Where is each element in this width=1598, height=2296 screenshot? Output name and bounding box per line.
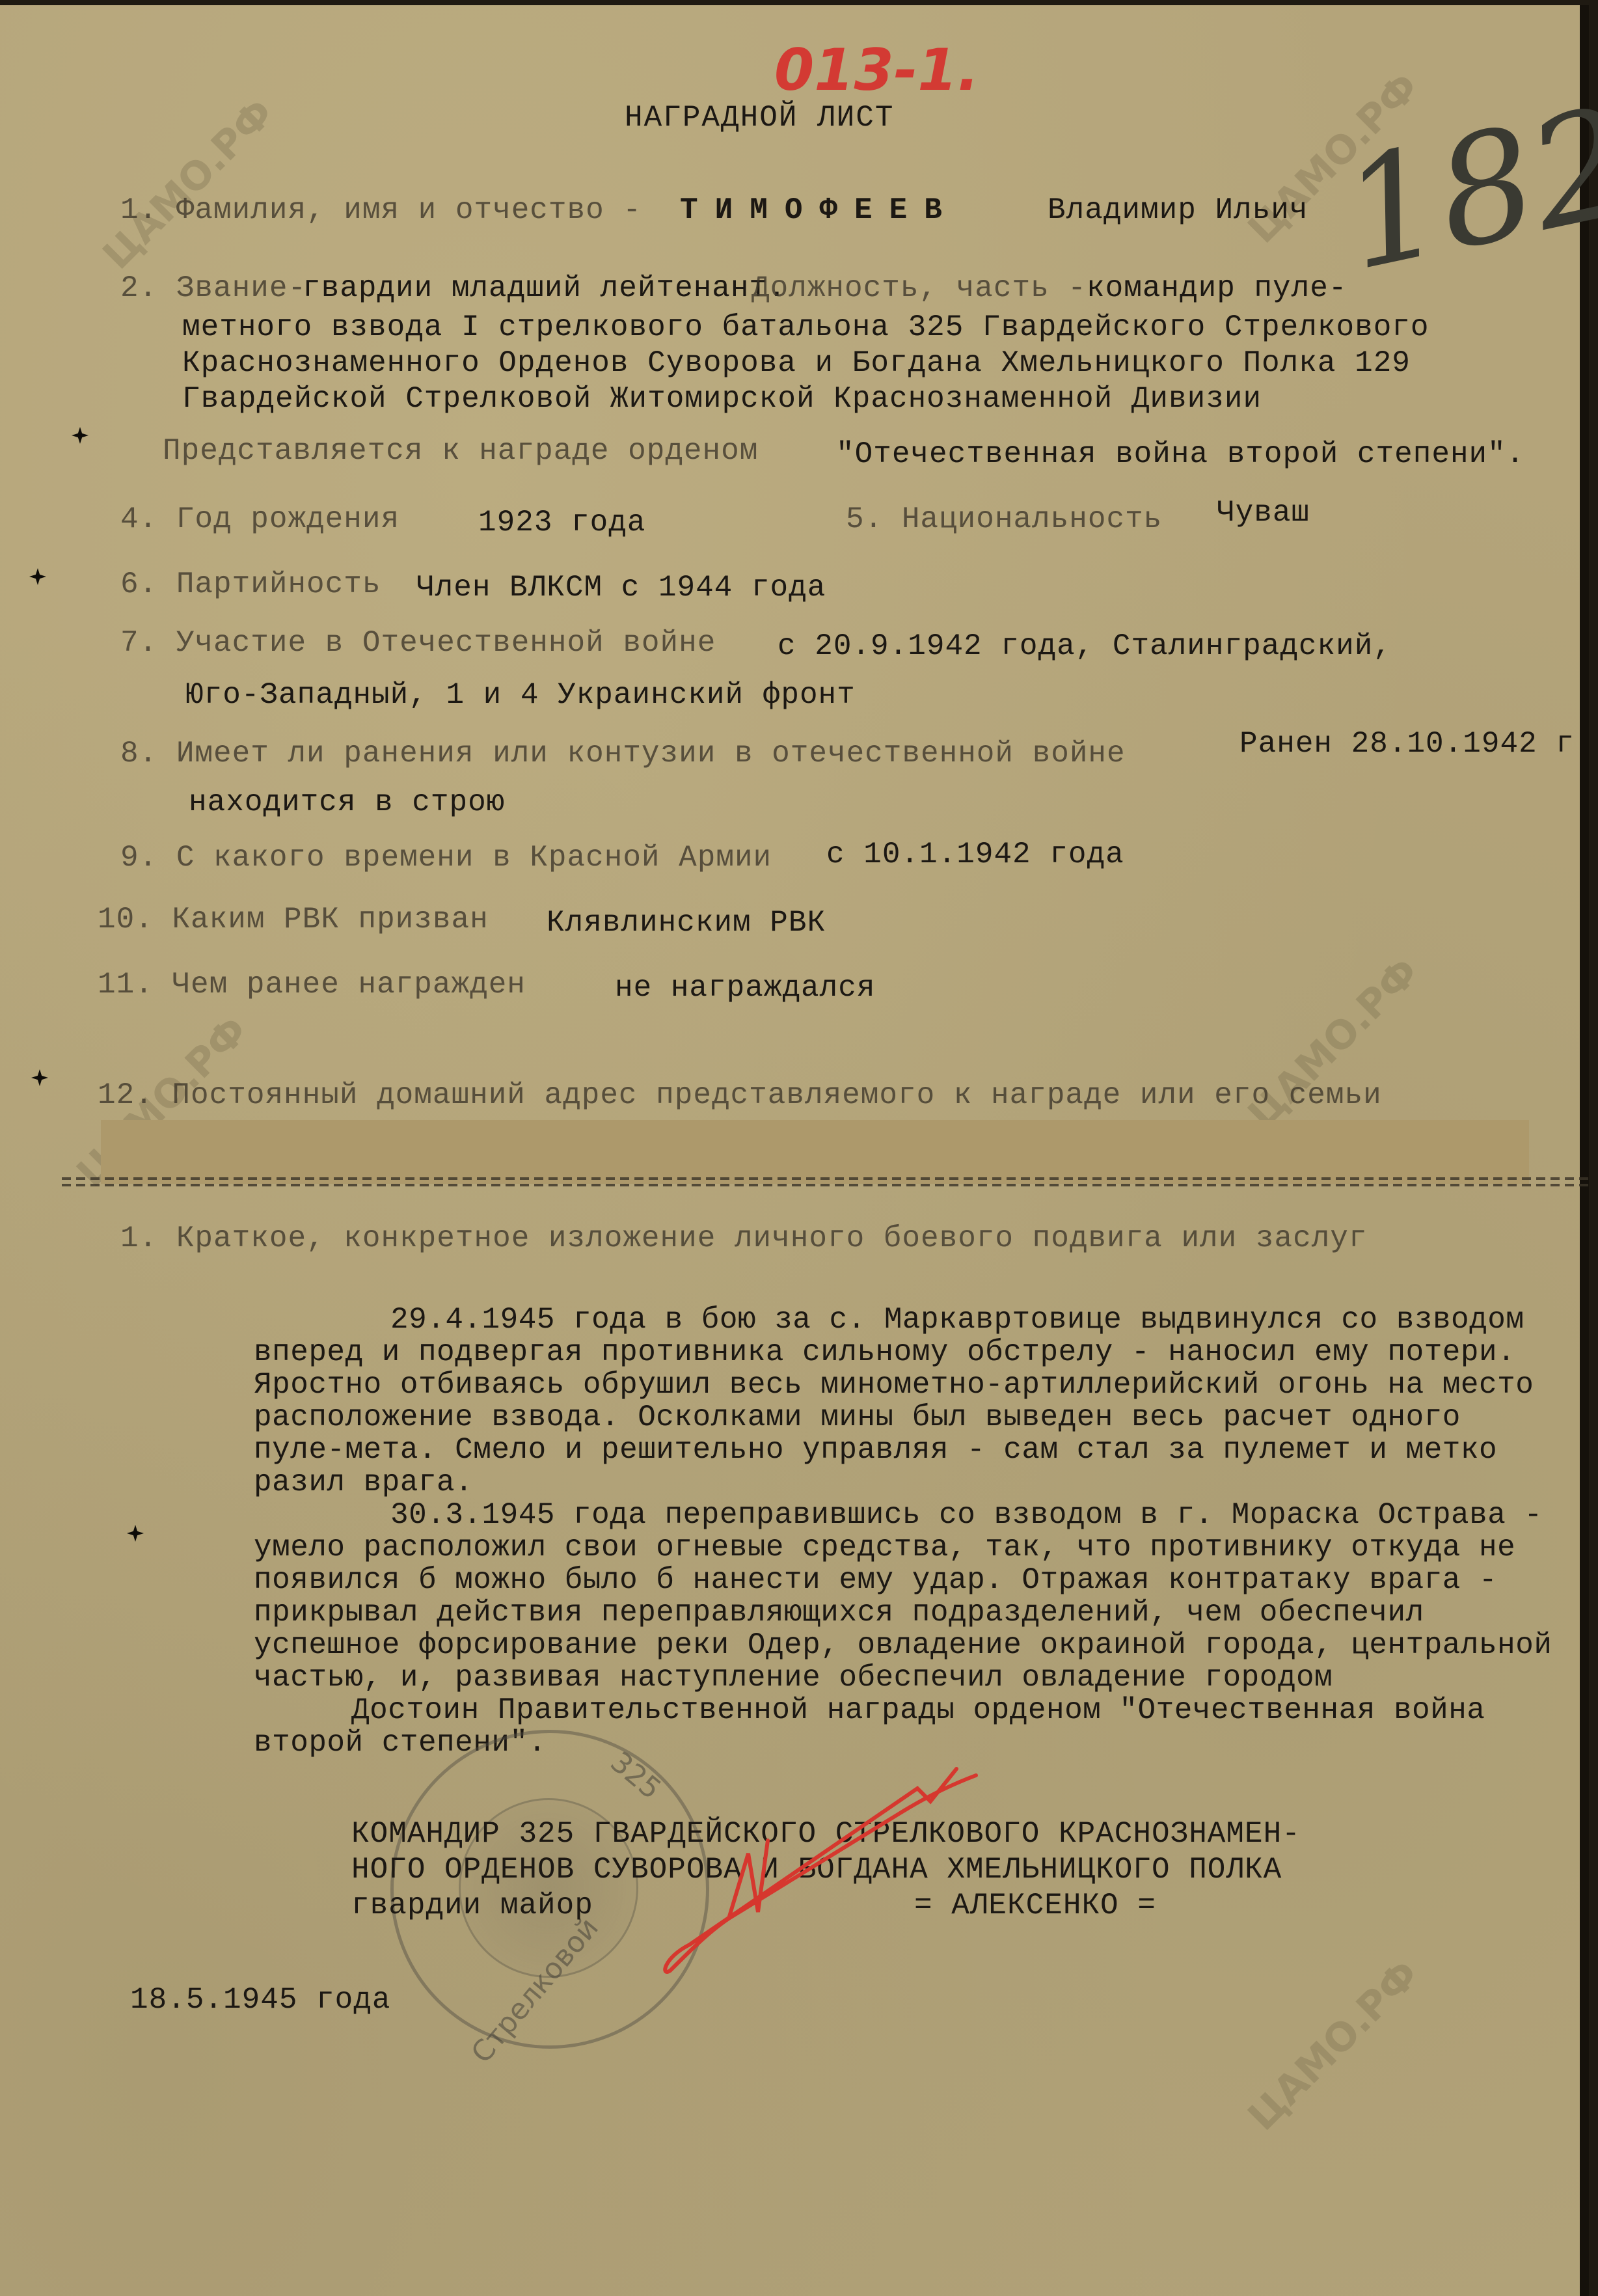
field-7-fronts: Юго-Западный, 1 и 4 Украинский фронт xyxy=(185,679,856,711)
scan-edge xyxy=(1580,5,1589,2296)
field-8-wounds: Ранен 28.10.1942 г xyxy=(1239,728,1575,760)
signatory-rank: гвардии майор xyxy=(351,1889,593,1922)
field-8-status: находится в строю xyxy=(189,786,505,819)
field-4-birth-year: 1923 года xyxy=(478,506,645,539)
document-title: НАГРАДНОЙ ЛИСТ xyxy=(625,102,894,134)
field-3-award: "Отечественная война второй степени". xyxy=(836,438,1524,471)
narrative-paragraph: 29.4.1945 года в бою за с. Маркавртовице… xyxy=(254,1304,1555,1499)
field-2-position-label: Должность, часть - xyxy=(752,272,1087,305)
field-11-label: 11. Чем ранее награжден xyxy=(98,968,526,1001)
narrative-recommendation: Достоин Правительственной награды ордено… xyxy=(254,1694,1555,1759)
punch-hole-icon xyxy=(127,1525,144,1542)
narrative-paragraph: 30.3.1945 года переправившись со взводом… xyxy=(254,1499,1555,1694)
field-6-party: Член ВЛКСМ с 1944 года xyxy=(416,571,826,604)
field-2-rank: гвардии младший лейтенант. xyxy=(303,272,787,305)
field-1-surname: ТИМОФЕЕВ xyxy=(680,194,959,226)
field-5-nationality: Чуваш xyxy=(1217,497,1310,529)
field-12-label: 12. Постоянный домашний адрес представля… xyxy=(98,1079,1382,1112)
field-8-label: 8. Имеет ли ранения или контузии в отече… xyxy=(120,737,1126,770)
field-2-unit-line: Гвардейской Стрелковой Житомирской Красн… xyxy=(182,383,1262,415)
feat-section-heading: 1. Краткое, конкретное изложение личного… xyxy=(120,1222,1368,1255)
section-divider xyxy=(62,1173,1591,1190)
archive-mark: 013-1. xyxy=(774,36,979,103)
document-date: 18.5.1945 года xyxy=(130,1984,390,2016)
signature-icon xyxy=(651,1762,1074,1984)
field-7-label: 7. Участие в Отечественной войне xyxy=(120,627,716,659)
field-11-previous-awards: не награждался xyxy=(615,972,875,1004)
field-6-label: 6. Партийность xyxy=(120,568,381,601)
field-2-unit-line: метного взвода I стрелкового батальона 3… xyxy=(182,311,1429,344)
field-5-label: 5. Национальность xyxy=(846,503,1162,536)
field-7-participation: с 20.9.1942 года, Сталинградский, xyxy=(778,630,1392,663)
punch-hole-icon xyxy=(72,427,88,444)
field-2-position: командир пуле- xyxy=(1087,272,1347,305)
field-3-label: Представляется к награде орденом xyxy=(163,435,758,467)
feat-narrative: 29.4.1945 года в бою за с. Маркавртовице… xyxy=(254,1304,1555,1759)
archive-watermark: ЦАМО.РФ xyxy=(94,90,282,278)
field-1-given-names: Владимир Ильич xyxy=(1048,194,1308,226)
archive-watermark: ЦАМО.РФ xyxy=(1239,1951,1428,2139)
field-4-label: 4. Год рождения xyxy=(120,503,399,536)
punch-hole-icon xyxy=(29,568,46,585)
field-2-unit-line: Краснознаменного Орденов Суворова и Богд… xyxy=(182,347,1411,379)
field-9-service-since: с 10.1.1942 года xyxy=(826,838,1124,871)
field-10-label: 10. Каким РВК призван xyxy=(98,903,489,936)
field-1-label: 1. Фамилия, имя и отчество - xyxy=(120,194,642,226)
award-sheet: ЦАМО.РФ ЦАМО.РФ ЦАМО.РФ ЦАМО.РФ ЦАМО.РФ … xyxy=(0,5,1589,2296)
field-2-label: 2. Звание- xyxy=(120,272,306,305)
punch-hole-icon xyxy=(31,1069,48,1086)
field-9-label: 9. С какого времени в Красной Армии xyxy=(120,841,772,874)
field-10-conscription-office: Клявлинским РВК xyxy=(547,907,826,939)
